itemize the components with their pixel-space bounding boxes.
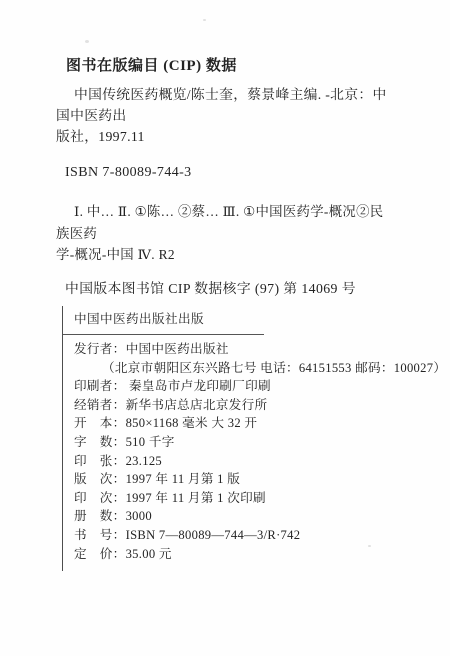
colophon-row-edition: 版 次： 1997 年 11 月第 1 版 [74, 470, 396, 489]
cip-heading: 图书在版编目 (CIP) 数据 [66, 56, 396, 76]
row-value: 1997 年 11 月第 1 次印刷 [126, 489, 266, 508]
row-value: 850×1168 毫米 大 32 开 [126, 414, 258, 433]
colophon-row-distributor: 发行者： 中国中医药出版社 [74, 340, 396, 359]
colophon-block: 中国中医药出版社出版 发行者： 中国中医药出版社 （北京市朝阳区东兴路七号 电话… [62, 306, 396, 571]
row-value: ISBN 7—80089—744—3/R·742 [126, 526, 301, 545]
row-label: 经销者： [74, 396, 126, 415]
row-label: 印 张： [74, 452, 126, 471]
row-label: 发行者： [74, 340, 126, 359]
scan-speck [203, 19, 206, 21]
class-line-2: 学-概况-中国 Ⅳ. R2 [56, 247, 175, 262]
colophon-row-wordcount: 字 数： 510 千字 [74, 433, 396, 452]
row-value: 中国中医药出版社 [126, 340, 229, 359]
isbn-line: ISBN 7-80089-744-3 [65, 164, 396, 182]
row-value: 3000 [126, 507, 152, 526]
row-label: 印刷者： [74, 377, 126, 396]
row-label: 印 次： [74, 489, 126, 508]
divider-rule [63, 334, 264, 335]
row-value: 510 千字 [126, 433, 175, 452]
book-copyright-page: 图书在版编目 (CIP) 数据 中国传统医药概览/陈士奎，蔡景峰主编. -北京：… [0, 0, 450, 656]
row-value: 35.00 元 [126, 545, 172, 564]
colophon-row-printer: 印刷者： 秦皇岛市卢龙印刷厂印刷 [74, 377, 396, 396]
colophon-row-seller: 经销者： 新华书店总店北京发行所 [74, 396, 396, 415]
row-value: 23.125 [126, 452, 162, 471]
row-label: 册 数： [74, 507, 126, 526]
colophon-row-format: 开 本： 850×1168 毫米 大 32 开 [74, 414, 396, 433]
row-label: 版 次： [74, 470, 126, 489]
scan-speck [85, 40, 89, 43]
bib-line-2: 版社，1997.11 [56, 129, 145, 144]
colophon-row-booknumber: 书 号： ISBN 7—80089—744—3/R·742 [74, 526, 396, 545]
colophon-row-copies: 册 数： 3000 [74, 507, 396, 526]
row-value: 秦皇岛市卢龙印刷厂印刷 [126, 377, 271, 396]
colophon-row-sheets: 印 张： 23.125 [74, 452, 396, 471]
row-value: 新华书店总店北京发行所 [126, 396, 268, 415]
colophon-row-printing: 印 次： 1997 年 11 月第 1 次印刷 [74, 489, 396, 508]
publisher-line: 中国中医药出版社出版 [74, 309, 396, 329]
row-value: 1997 年 11 月第 1 版 [126, 470, 241, 489]
row-label: 开 本： [74, 414, 126, 433]
cip-record-number: 中国版本图书馆 CIP 数据核字 (97) 第 14069 号 [65, 280, 396, 298]
colophon-row-price: 定 价： 35.00 元 [74, 545, 396, 564]
class-line-1: Ⅰ. 中… Ⅱ. ①陈… ②蔡… Ⅲ. ①中国医药学-概况②民族医药 [56, 201, 396, 244]
classification-entry: Ⅰ. 中… Ⅱ. ①陈… ②蔡… Ⅲ. ①中国医药学-概况②民族医药 学-概况-… [56, 201, 396, 266]
row-label: 定 价： [74, 545, 126, 564]
bib-line-1: 中国传统医药概览/陈士奎，蔡景峰主编. -北京：中国中医药出 [56, 84, 396, 126]
colophon-row-address: （北京市朝阳区东兴路七号 电话：64151553 邮码：100027） [74, 359, 396, 378]
cip-data-block: 图书在版编目 (CIP) 数据 中国传统医药概览/陈士奎，蔡景峰主编. -北京：… [56, 56, 396, 298]
row-label: 字 数： [74, 433, 126, 452]
row-value: （北京市朝阳区东兴路七号 电话：64151553 邮码：100027） [102, 359, 446, 378]
bibliographic-entry: 中国传统医药概览/陈士奎，蔡景峰主编. -北京：中国中医药出 版社，1997.1… [56, 84, 396, 147]
row-label: 书 号： [74, 526, 126, 545]
